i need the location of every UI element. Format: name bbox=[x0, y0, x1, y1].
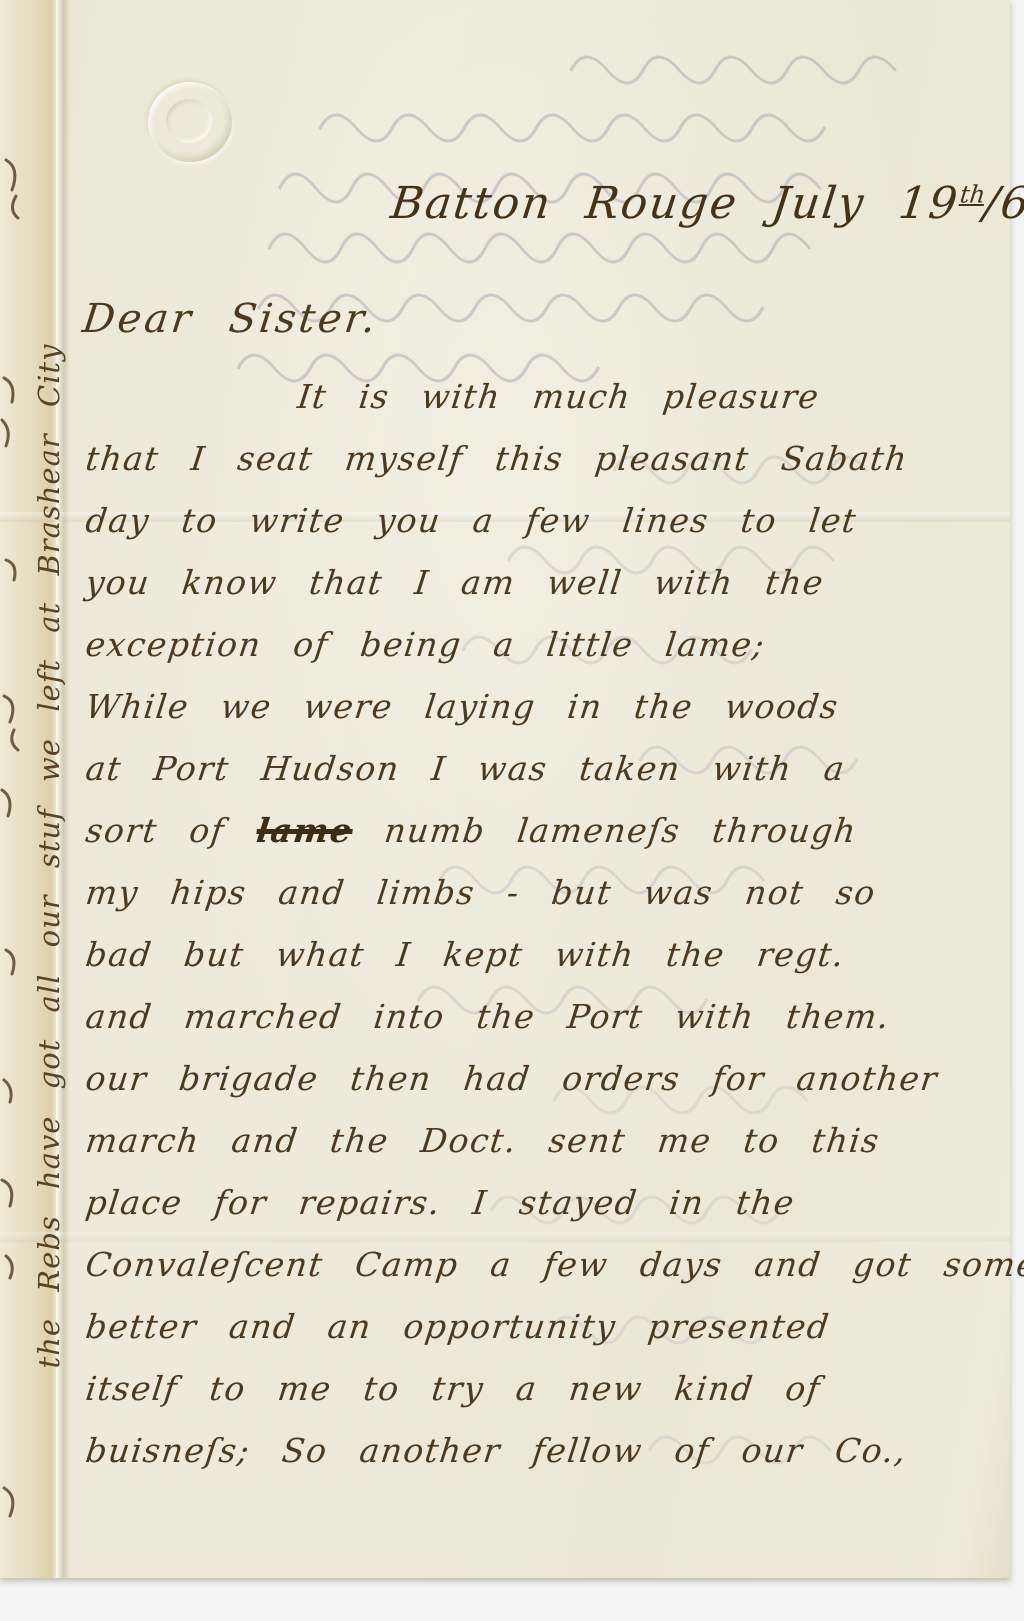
dateline: Batton Rouge July 19th/63 bbox=[388, 178, 1024, 229]
struck-line-pre: sort of bbox=[83, 811, 259, 850]
letter-line: you know that I am well with the bbox=[82, 552, 990, 614]
struck-line-post: numb lameneſs through bbox=[350, 811, 859, 850]
letter-line: my hips and limbs - but was not so bbox=[82, 862, 990, 924]
letter-line: It is with much pleasure bbox=[82, 366, 990, 428]
letter-line: day to write you a few lines to let bbox=[82, 490, 990, 552]
letter-line: and marched into the Port with them. bbox=[82, 986, 990, 1048]
letter-line: our brigade then had orders for another bbox=[82, 1048, 990, 1110]
dateline-year: /63 bbox=[981, 178, 1024, 229]
dateline-month-day: July 19 bbox=[769, 178, 962, 229]
letter-line: march and the Doct. sent me to this bbox=[82, 1110, 990, 1172]
letter-line: bad but what I kept with the regt. bbox=[82, 924, 990, 986]
embossed-seal bbox=[148, 82, 232, 162]
letter-line: buisneſs; So another fellow of our Co., bbox=[82, 1420, 990, 1482]
letter-line: at Port Hudson I was taken with a bbox=[82, 738, 990, 800]
dateline-ordinal: th bbox=[958, 180, 987, 208]
margin-note: the Rebs have got all our stuf we left a… bbox=[32, 126, 74, 1586]
letter-line: better and an opportunity presented bbox=[82, 1296, 990, 1358]
letter-line-with-strikeout: sort of lame numb lameneſs through bbox=[82, 800, 990, 862]
dateline-place: Batton Rouge bbox=[388, 178, 741, 229]
letter-line: place for repairs. I stayed in the bbox=[82, 1172, 990, 1234]
salutation: Dear Sister. bbox=[80, 296, 381, 342]
letter-body: It is with much pleasure that I seat mys… bbox=[82, 366, 982, 1482]
letter-page: the Rebs have got all our stuf we left a… bbox=[0, 0, 1010, 1578]
struck-word: lame bbox=[254, 811, 355, 850]
letter-line: exception of being a little lame; bbox=[82, 614, 990, 676]
letter-line: itself to me to try a new kind of bbox=[82, 1358, 990, 1420]
scan-background: { "colors": { "paper": "#ece7d5", "fold_… bbox=[0, 0, 1024, 1621]
letter-line: that I seat myself this pleasant Sabath bbox=[82, 428, 990, 490]
letter-line: While we were laying in the woods bbox=[82, 676, 990, 738]
letter-line: Convaleſcent Camp a few days and got som… bbox=[82, 1234, 990, 1296]
